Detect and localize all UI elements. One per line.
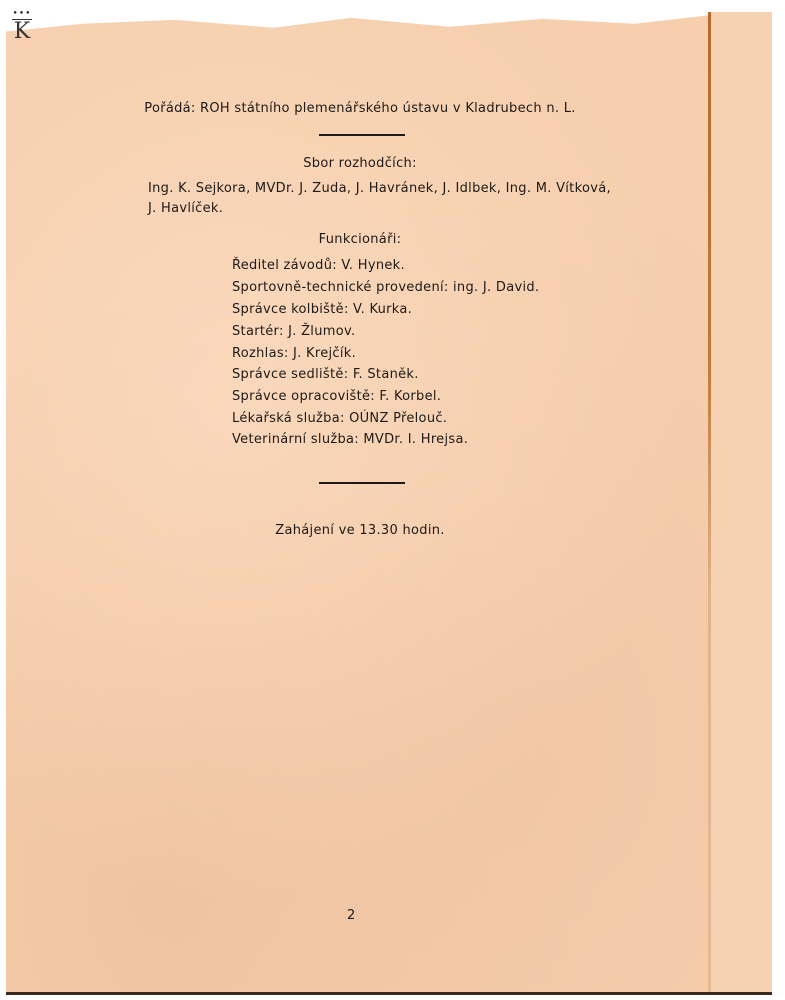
official-item: Správce kolbiště: V. Kurka. [232, 302, 412, 317]
start-time: Zahájení ve 13.30 hodin. [0, 523, 720, 538]
official-item: Správce sedliště: F. Staněk. [232, 367, 419, 382]
official-item: Startér: J. Žlumov. [232, 324, 355, 339]
paper-fold-panel [711, 12, 772, 992]
officials-heading: Funkcionáři: [0, 232, 720, 247]
official-item: Veterinární služba: MVDr. I. Hrejsa. [232, 432, 468, 447]
official-item: Ředitel závodů: V. Hynek. [232, 258, 405, 273]
official-item: Rozhlas: J. Krejčík. [232, 346, 356, 361]
judges-heading: Sbor rozhodčích: [0, 156, 720, 171]
judges-line-1: Ing. K. Sejkora, MVDr. J. Zuda, J. Havrá… [148, 181, 611, 196]
page-number: 2 [347, 908, 355, 923]
official-item: Sportovně-technické provedení: ing. J. D… [232, 280, 539, 295]
judges-line-2: J. Havlíček. [148, 201, 223, 216]
divider-top [319, 134, 405, 136]
document-content: Pořádá: ROH státního plemenářského ústav… [0, 0, 720, 1000]
official-item: Lékařská služba: OÚNZ Přelouč. [232, 411, 447, 426]
divider-bottom [319, 482, 405, 484]
organizer-line: Pořádá: ROH státního plemenářského ústav… [0, 101, 720, 116]
official-item: Správce opracoviště: F. Korbel. [232, 389, 441, 404]
